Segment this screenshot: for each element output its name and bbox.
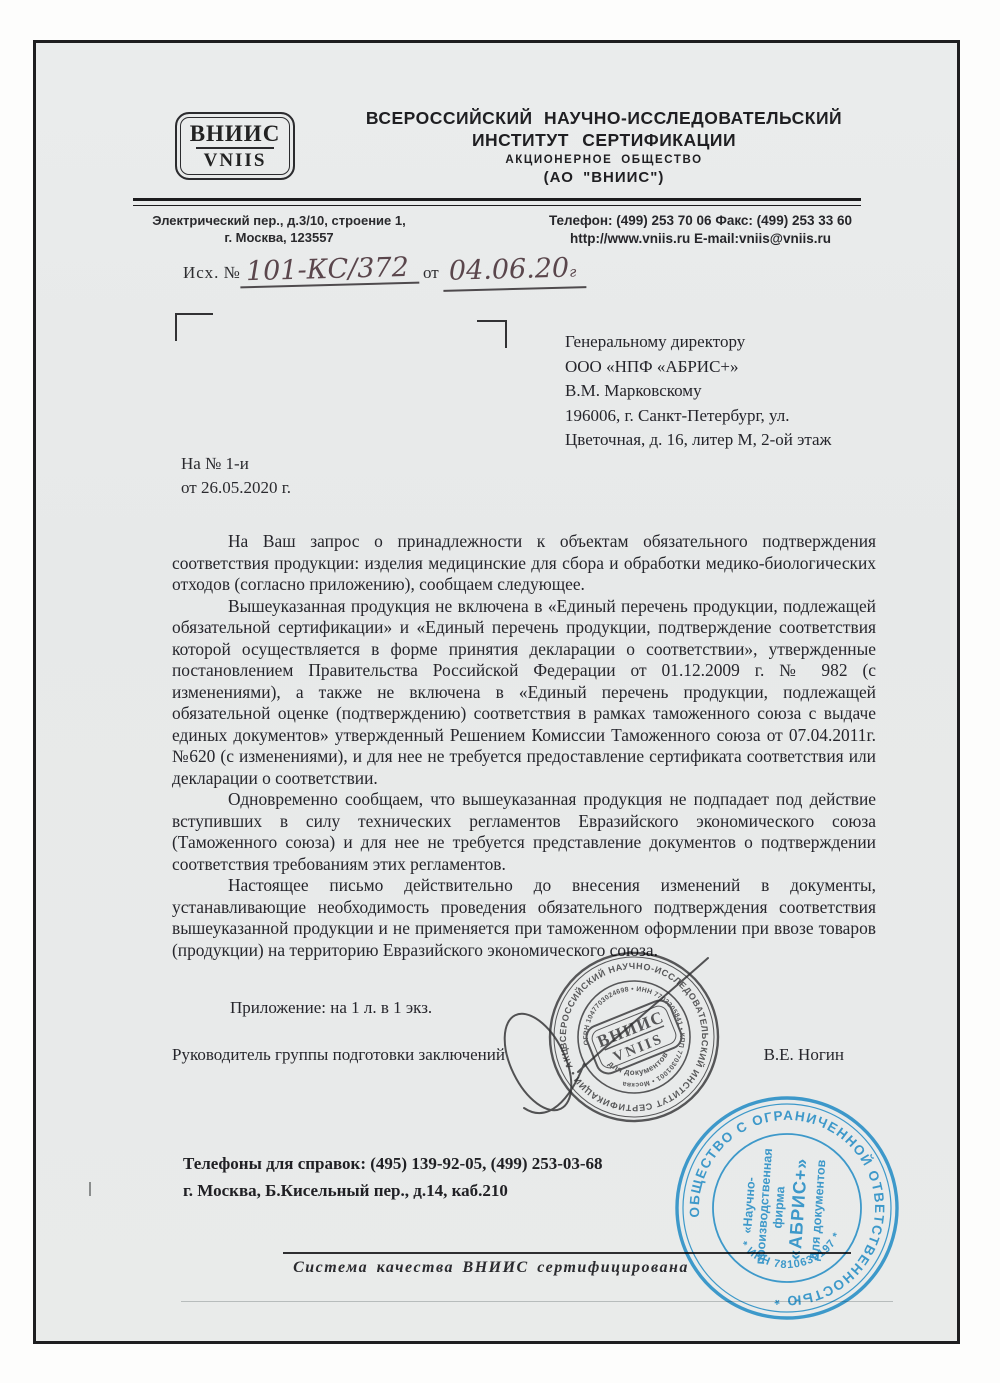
logo-divider — [196, 147, 274, 149]
org-name-block: ВСЕРОССИЙСКИЙ НАУЧНО-ИССЛЕДОВАТЕЛЬСКИЙ И… — [304, 107, 904, 187]
org-address-line1: Электрический пер., д.3/10, строение 1, — [64, 212, 494, 229]
letter-paper: ВНИИС VNIIS ВСЕРОССИЙСКИЙ НАУЧНО-ИССЛЕДО… — [33, 40, 960, 1344]
scan-artifact-tick — [89, 1182, 91, 1196]
org-phone-line: Телефон: (499) 253 70 06 Факс: (499) 253… — [528, 212, 873, 230]
signer-name: В.Е. Ногин — [764, 1045, 844, 1065]
org-web-line: http://www.vniis.ru E-mail:vniis@vniis.r… — [528, 230, 873, 248]
recipient-line: В.М. Марковскому — [565, 379, 885, 404]
letter-body: На Ваш запрос о принадлежности к объекта… — [172, 531, 876, 961]
recipient-block: Генеральному директору ООО «НПФ «АБРИС+»… — [565, 330, 885, 453]
incoming-ref-line2: от 26.05.2020 г. — [181, 476, 291, 500]
logo-text-en: VNIIS — [204, 151, 267, 170]
corner-mark-left — [175, 313, 213, 341]
attachment-note: Приложение: на 1 л. в 1 экз. — [230, 998, 432, 1018]
header-double-rule — [133, 198, 861, 206]
incoming-ref-block: На № 1-и от 26.05.2020 г. — [181, 452, 291, 500]
contact-phones-block: Телефоны для справок: (495) 139-92-05, (… — [183, 1150, 603, 1204]
org-address-line2: г. Москва, 123557 — [64, 229, 494, 246]
body-paragraph-3: Одновременно сообщаем, что вышеуказанная… — [172, 789, 876, 875]
outgoing-label: Исх. — [183, 263, 219, 282]
abris-round-stamp: ОБЩЕСТВО С ОГРАНИЧЕННОЙ ОТВЕТСТВЕННОСТЬЮ… — [667, 1088, 907, 1328]
org-line-2: ИНСТИТУТ СЕРТИФИКАЦИИ — [304, 129, 904, 151]
handwritten-outgoing-number: 101-КС/372 — [239, 255, 419, 289]
logo-text-ru: ВНИИС — [190, 122, 281, 146]
blue-stamp-center-name: «АБРИС+» — [784, 1157, 811, 1261]
org-line-1: ВСЕРОССИЙСКИЙ НАУЧНО-ИССЛЕДОВАТЕЛЬСКИЙ — [304, 107, 904, 129]
outgoing-ref-line: Исх. №101-КС/372 от 04.06.20г — [183, 257, 586, 290]
incoming-ref-line1: На № 1-и — [181, 452, 291, 476]
from-label: от — [423, 263, 439, 282]
scanned-letter-page: ВНИИС VNIIS ВСЕРОССИЙСКИЙ НАУЧНО-ИССЛЕДО… — [0, 0, 1000, 1383]
handwritten-date: 04.06.20г — [442, 255, 586, 292]
contact-phones-line: Телефоны для справок: (495) 139-92-05, (… — [183, 1150, 603, 1177]
org-line-4: (АО "ВНИИС") — [304, 168, 904, 187]
corner-mark-right — [477, 320, 507, 348]
blue-stamp-center-line: фирма — [771, 1185, 788, 1229]
org-line-3: АКЦИОНЕРНОЕ ОБЩЕСТВО — [304, 153, 904, 168]
org-address: Электрический пер., д.3/10, строение 1, … — [64, 212, 494, 246]
recipient-line: 196006, г. Санкт-Петербург, ул. — [565, 404, 885, 429]
org-contacts: Телефон: (499) 253 70 06 Факс: (499) 253… — [528, 212, 873, 248]
recipient-line: ООО «НПФ «АБРИС+» — [565, 355, 885, 380]
body-paragraph-1: На Ваш запрос о принадлежности к объекта… — [172, 531, 876, 596]
recipient-line: Генеральному директору — [565, 330, 885, 355]
body-paragraph-2: Вышеуказанная продукция не включена в «Е… — [172, 596, 876, 790]
contact-address-line: г. Москва, Б.Кисельный пер., д.14, каб.2… — [183, 1177, 603, 1204]
vniis-logo: ВНИИС VNIIS — [175, 112, 295, 180]
recipient-line: Цветочная, д. 16, литер М, 2-ой этаж — [565, 428, 885, 453]
number-sign: № — [224, 263, 240, 282]
signer-position: Руководитель группы подготовки заключени… — [172, 1045, 505, 1065]
